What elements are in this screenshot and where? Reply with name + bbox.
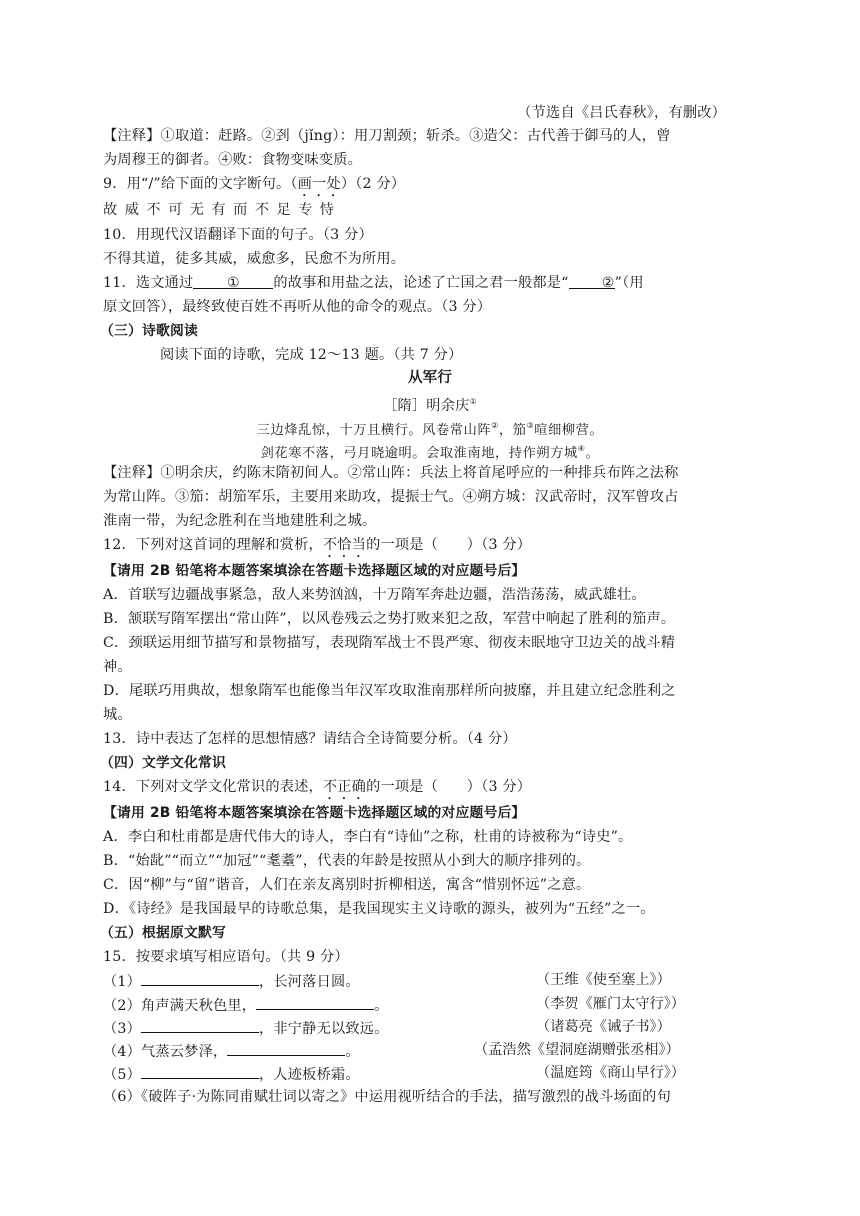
question-13: 13．诗中表达了怎样的思想情感？请结合全诗简要分析。（4 分） — [103, 729, 743, 749]
option-c: C．因“柳”与“留”谐音，人们在亲友离别时折柳相送，寓含“惜别怀远”之意。 — [103, 875, 743, 895]
question-10-passage: 不得其道，徒多其威，威愈多，民愈不为所用。 — [103, 249, 743, 269]
question-text: 的一项是（ ）（3 分） — [366, 779, 531, 795]
section-heading: （三）诗歌阅读 — [100, 321, 740, 341]
notes-line: 为常山阵。③笳：胡笳军乐，主要用来助攻，提振士气。④朔方城：汉武帝时，汉军曾攻占 — [103, 487, 743, 507]
question-14: 14．下列对文学文化常识的表述，不正确的一项是（ ）（3 分） — [103, 777, 743, 803]
option-d: D．《诗经》是我国最早的诗歌总集，是我国现实主义诗歌的源头，被列为“五经”之一。 — [103, 899, 743, 919]
option-b: B．颔联写隋军摆出“常山阵”，以风卷残云之势打败来犯之敌，军营中响起了胜利的笳声… — [103, 609, 743, 629]
answer-blank[interactable]: ② — [569, 273, 615, 289]
question-text: ”（用 — [615, 275, 644, 291]
option-b: B．“始龀”“而立”“加冠”“耄耋”，代表的年龄是按照从小到大的顺序排列的。 — [103, 851, 743, 871]
section-heading: （五）根据原文默写 — [100, 923, 740, 943]
item-text: 。 — [374, 998, 388, 1014]
answer-blank[interactable] — [141, 970, 259, 986]
answer-instruction: 【请用 2B 铅笔将本题答案填涂在答题卡选择题区域的对应题号后】 — [103, 803, 743, 823]
footnote-mark: ① — [469, 397, 476, 406]
section-heading: （四）文学文化常识 — [100, 753, 740, 773]
notes-line: 淮南一带，为纪念胜利在当地建胜利之城。 — [103, 511, 743, 531]
item-text: 气蒸云梦泽， — [141, 1044, 227, 1060]
item-source: （李贺《雁门太守行》） — [536, 994, 685, 1014]
question-text: 的故事和用盐之法，论述了亡国之君一般都是“ — [273, 275, 568, 291]
poem-text: 剑花寒不落，弓月晓逾明。会取淮南地，持作朔方城 — [261, 446, 578, 461]
item-number: （4） — [103, 1044, 141, 1060]
option-a: A．李白和杜甫都是唐代伟大的诗人，李白有“诗仙”之称，杜甫的诗被称为“诗史”。 — [103, 827, 743, 847]
emphasis-text: 画一处 — [298, 176, 341, 192]
notes-line: 【注释】①明余庆，约陈末隋初间人。②常山阵：兵法上将首尾呼应的一种排兵布阵之法称 — [103, 463, 743, 483]
question-text: 14．下列对文学文化常识的表述， — [103, 779, 323, 795]
poem-line: 三边烽乱惊，十万且横行。风卷常山阵②，笳③喧细柳营。 — [0, 416, 860, 441]
source-note: （节选自《吕氏春秋》，有删改） — [517, 103, 726, 123]
item-number: （1） — [103, 974, 141, 990]
answer-blank[interactable] — [141, 1017, 259, 1033]
item-number: （5） — [103, 1067, 141, 1083]
poem-text: 。 — [586, 446, 600, 461]
option-d: D．尾联巧用典故，想象隋军也能像当年汉军攻取淮南那样所向披靡，并且建立纪念胜利之 — [103, 681, 743, 701]
question-text: 9．用“/”给下面的文字断句。（ — [103, 176, 298, 192]
question-9-passage: 故威不可无有而不足专恃 — [103, 200, 743, 220]
answer-blank[interactable] — [256, 994, 374, 1010]
item-source: （王维《使至塞上》） — [536, 970, 671, 990]
option-a: A．首联写边疆战事紧急，敌人来势汹汹，十万隋军奔赴边疆，浩浩荡荡，威武雄壮。 — [103, 585, 743, 605]
question-11-line2: 原文回答），最终致使百姓不再听从他的命令的观点。（3 分） — [103, 297, 743, 317]
item-text: ，人迹板桥霜。 — [259, 1067, 360, 1083]
item-text: 。 — [345, 1044, 359, 1060]
question-11: 11．选文通过①的故事和用盐之法，论述了亡国之君一般都是“②”（用 — [103, 273, 743, 293]
item-text: ，非宁静无以致远。 — [259, 1021, 389, 1037]
item-source: （诸葛亮《诫子书》） — [536, 1017, 671, 1037]
answer-blank[interactable] — [227, 1040, 345, 1056]
question-15: 15．按要求填写相应语句。（共 9 分） — [103, 947, 743, 967]
option-d-cont: 城。 — [103, 705, 743, 725]
option-c: C．颈联运用细节描写和景物描写，表现隋军战士不畏严寒、彻夜未眠地守卫边关的战斗精 — [103, 633, 743, 653]
item-number: （3） — [103, 1021, 141, 1037]
answer-blank[interactable]: ① — [193, 273, 273, 289]
poem-text: 喧细柳营。 — [534, 423, 603, 438]
poem-line: 剑花寒不落，弓月晓逾明。会取淮南地，持作朔方城④。 — [0, 439, 860, 464]
fill-item-6: （6）《破阵子·为陈同甫赋壮词以寄之》中运用视听结合的手法，描写激烈的战斗场面的… — [103, 1087, 743, 1107]
question-12: 12．下列对这首词的理解和赏析，不恰当的一项是（ ）（3 分） — [103, 535, 743, 561]
item-text: ，长河落日圆。 — [259, 974, 360, 990]
footnote-mark: ④ — [578, 444, 586, 453]
question-9: 9．用“/”给下面的文字断句。（画一处）（2 分） — [103, 174, 743, 200]
poem-text: 三边烽乱惊，十万且横行。风卷常山阵 — [257, 423, 491, 438]
question-text: 12．下列对这首词的理解和赏析， — [103, 537, 323, 553]
option-c-cont: 神。 — [103, 657, 743, 677]
footnote-mark: ② — [491, 421, 499, 430]
emphasis-text: 不正确 — [323, 779, 366, 795]
question-10: 10．用现代汉语翻译下面的句子。（3 分） — [103, 225, 743, 245]
notes-line: 为周穆王的御者。④败：食物变味变质。 — [103, 150, 743, 170]
poem-title: 从军行 — [0, 368, 860, 388]
question-text: 的一项是（ ）（3 分） — [366, 537, 531, 553]
exam-page: （节选自《吕氏春秋》，有删改） 【注释】①取道：赶路。②刭（jǐng）：用刀割颈… — [0, 0, 860, 1216]
item-source: （温庭筠《商山早行》） — [536, 1063, 685, 1083]
answer-instruction: 【请用 2B 铅笔将本题答案填涂在答题卡选择题区域的对应题号后】 — [103, 561, 743, 581]
author-text: ［隋］明余庆 — [383, 398, 469, 414]
poem-text: ，笳 — [499, 423, 527, 438]
question-text: 11．选文通过 — [103, 275, 193, 291]
notes-line: 【注释】①取道：赶路。②刭（jǐng）：用刀割颈；斩杀。③造父：古代善于御马的人… — [103, 126, 743, 146]
poem-author: ［隋］明余庆① — [0, 392, 860, 416]
item-source: （孟浩然《望洞庭湖赠张丞相》） — [474, 1040, 680, 1060]
item-number: （2） — [103, 998, 141, 1014]
answer-blank[interactable] — [141, 1063, 259, 1079]
item-text: 角声满天秋色里， — [141, 998, 256, 1014]
section-intro: 阅读下面的诗歌，完成 12～13 题。（共 7 分） — [160, 345, 800, 365]
question-text: ）（2 分） — [341, 176, 405, 192]
emphasis-text: 不恰当 — [323, 537, 366, 553]
